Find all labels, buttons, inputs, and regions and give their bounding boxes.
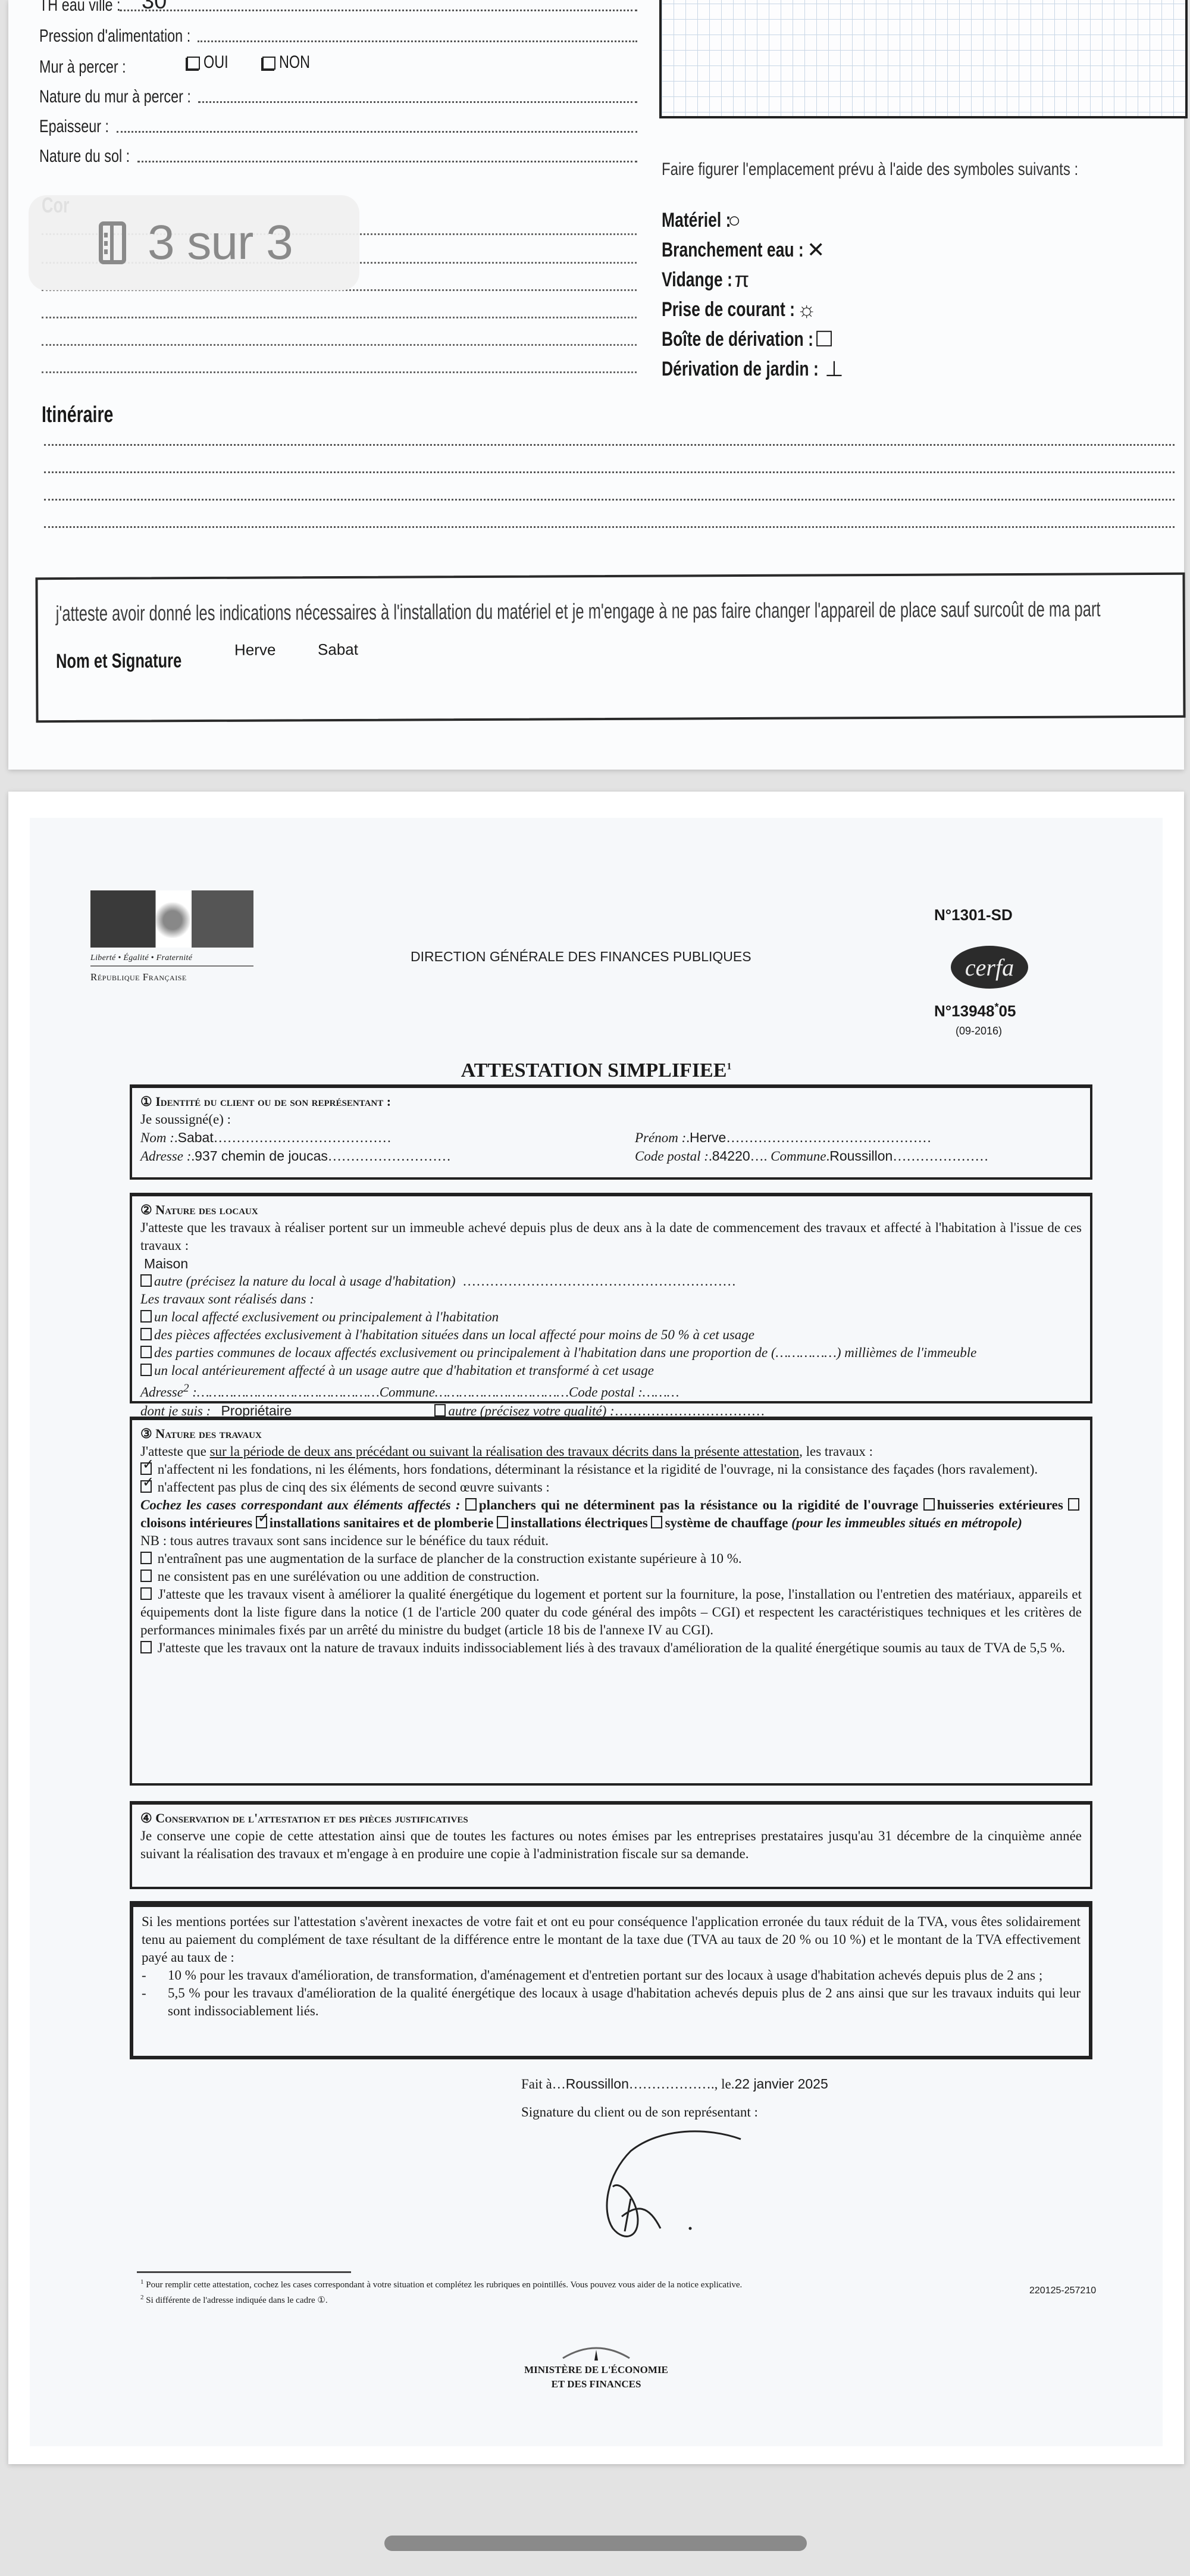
section-identite: ① Identité du client ou de son représent…: [130, 1086, 1092, 1180]
checkbox[interactable]: [140, 1587, 152, 1600]
footnote-1: 1 Pour remplir cette attestation, cochez…: [140, 2278, 742, 2290]
warning-box: Si les mentions portées sur l'attestatio…: [130, 1902, 1092, 2059]
qualite-value[interactable]: Propriétaire: [221, 1403, 292, 1418]
field-label: Epaisseur :: [39, 117, 109, 137]
option-oui[interactable]: OUI: [187, 52, 235, 73]
adresse-value[interactable]: 937 chemin de joucas: [195, 1148, 328, 1164]
document-title: ATTESTATION SIMPLIFIEE1: [30, 1059, 1163, 1082]
document-page-3: Liberté • Égalité • Fraternité Républiqu…: [8, 792, 1184, 2464]
handwritten-signature: [589, 2109, 744, 2246]
section-nature-locaux: ② Nature des locaux J'atteste que les tr…: [130, 1194, 1092, 1403]
attestation-text: j'atteste avoir donné les indications né…: [56, 595, 1190, 626]
field-value: 30: [142, 0, 167, 14]
option-non[interactable]: NON: [262, 52, 319, 73]
fait-a-line: Fait à…Roussillon………………., le.22 janvier …: [521, 2076, 828, 2092]
checkbox-icon: [187, 57, 200, 70]
field-label: TH eau ville :: [39, 0, 121, 15]
signature-label: Nom et Signature: [56, 649, 224, 673]
section-nature-travaux: ③ Nature des travaux J'atteste que sur l…: [130, 1418, 1092, 1786]
symbol-branchement-eau: Branchement eau :✕: [662, 235, 844, 265]
code-postal-value[interactable]: 84220: [712, 1148, 750, 1164]
fait-place-value[interactable]: Roussillon: [566, 2076, 629, 2092]
marianne-logo: Liberté • Égalité • Fraternité Républiqu…: [90, 890, 253, 983]
checkbox[interactable]: [465, 1498, 477, 1511]
commune-value[interactable]: Roussillon: [829, 1148, 892, 1164]
field-epaisseur: Epaisseur :: [39, 113, 637, 137]
footnote-2: 2 Si différente de l'adresse indiquée da…: [140, 2294, 328, 2306]
checkbox[interactable]: [140, 1310, 152, 1323]
sun-icon: ☼: [797, 297, 816, 322]
symbol-boite-derivation: Boîte de dérivation :☐: [662, 324, 844, 354]
checkbox[interactable]: [140, 1274, 152, 1287]
location-sketch-grid: [659, 0, 1188, 118]
field-label: Mur à percer :: [39, 57, 126, 77]
date-value[interactable]: 22 janvier 2025: [734, 2076, 828, 2092]
pi-icon: π: [734, 267, 749, 292]
form-number: N°1301-SD: [934, 906, 1013, 924]
field-label: Nature du sol :: [39, 146, 130, 167]
field-label: Nature du mur à percer :: [39, 87, 191, 107]
checkbox[interactable]: [140, 1552, 152, 1564]
cerfa-number: N°13948*05: [934, 1001, 1016, 1021]
ministry-arc-icon: [560, 2341, 632, 2362]
cerfa-logo: cerfa: [951, 946, 1028, 989]
checkbox[interactable]: [140, 1570, 152, 1582]
signature-last-name: Sabat: [318, 640, 358, 659]
signature-first-name: Herve: [234, 640, 275, 659]
checkbox[interactable]: [651, 1516, 662, 1528]
symbol-vidange: Vidange :π: [662, 265, 844, 295]
symbol-prise-courant: Prise de courant :☼: [662, 295, 844, 324]
square-icon: ☐: [815, 327, 834, 352]
perpendicular-icon: ⊥: [825, 357, 843, 382]
field-pression: Pression d'alimentation :: [39, 23, 637, 46]
checkbox[interactable]: [923, 1498, 935, 1511]
checkbox[interactable]: [1068, 1498, 1079, 1511]
field-th-eau-ville: TH eau ville : 30: [39, 0, 637, 15]
prenom-value[interactable]: Herve: [690, 1130, 726, 1145]
field-mur-a-percer: Mur à percer :: [39, 54, 637, 77]
field-nature-mur: Nature du mur à percer :: [39, 83, 637, 107]
mur-a-percer-options: OUI NON: [187, 52, 319, 73]
symbol-materiel: Matériel :○: [662, 205, 844, 235]
symbols-intro: Faire figurer l'emplacement prévu à l'ai…: [662, 160, 1182, 180]
checkbox[interactable]: [434, 1404, 446, 1417]
page-indicator[interactable]: 3 sur 3: [29, 195, 359, 290]
symbols-legend: Matériel :○ Branchement eau :✕ Vidange :…: [662, 205, 844, 384]
field-nature-sol: Nature du sol :: [39, 143, 637, 167]
nom-value[interactable]: Sabat: [178, 1130, 214, 1145]
cerfa-date: (09-2016): [956, 1025, 1002, 1037]
checkbox[interactable]: [140, 1328, 152, 1340]
sidebar-pages-icon: [99, 221, 126, 264]
document-page-2: TH eau ville : 30 Pression d'alimentatio…: [8, 0, 1184, 770]
checkbox[interactable]: [140, 1641, 152, 1653]
symbol-derivation-jardin: Dérivation de jardin :⊥: [662, 354, 844, 384]
section-label-itineraire: Itinéraire: [42, 402, 137, 428]
home-indicator[interactable]: [384, 2536, 807, 2551]
field-label: Pression d'alimentation :: [39, 26, 190, 46]
page-indicator-text: 3 sur 3: [148, 215, 293, 271]
republic-name: République Française: [90, 971, 253, 983]
checkbox[interactable]: [140, 1364, 152, 1376]
checkbox-checked[interactable]: [256, 1516, 267, 1528]
document-reference: 220125-257210: [1029, 2286, 1096, 2296]
marianne-icon: [90, 890, 253, 948]
checkbox[interactable]: [140, 1346, 152, 1358]
client-attestation-box: j'atteste avoir donné les indications né…: [35, 573, 1185, 723]
direction-header: DIRECTION GÉNÉRALE DES FINANCES PUBLIQUE…: [411, 949, 751, 965]
ministry-logo: MINISTÈRE DE L'ÉCONOMIE ET DES FINANCES: [30, 2341, 1163, 2391]
cross-icon: ✕: [807, 237, 825, 262]
checkbox-icon: [262, 57, 275, 70]
republic-motto: Liberté • Égalité • Fraternité: [90, 954, 253, 967]
checkbox-checked[interactable]: [140, 1480, 152, 1493]
checkbox[interactable]: [497, 1516, 508, 1528]
section-conservation: ④ Conservation de l'attestation et des p…: [130, 1802, 1092, 1889]
nature-local-value[interactable]: Maison: [140, 1255, 1082, 1273]
